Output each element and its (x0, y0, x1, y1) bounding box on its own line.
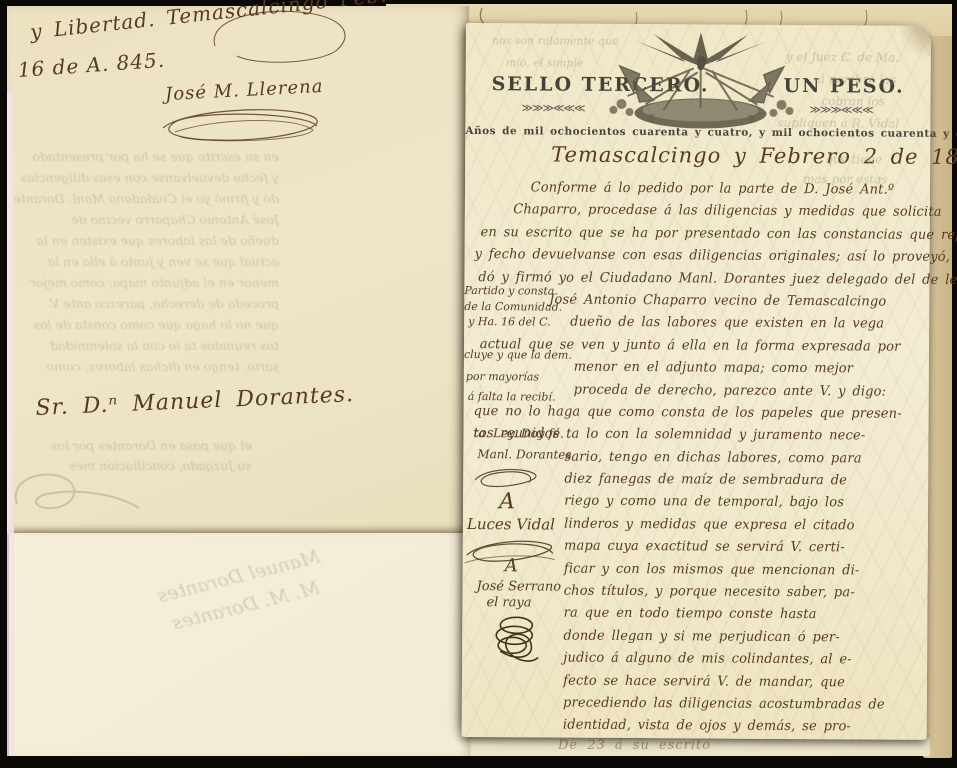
left-heading-line2: 16 de A. 845. (17, 48, 166, 82)
signature-rubric-flourish (155, 102, 330, 148)
bleed-through-line: y fecho devuelvanse con esas diligencias (11, 167, 279, 188)
left-page: y Libertad. Temascalcingo Feb.º 16 de A.… (7, 6, 469, 534)
address-line: Sr. D.ⁿ Manuel Dorantes. (35, 382, 355, 421)
show-through-fragment: y el Juez C. de Ma. (786, 51, 899, 64)
bleed-through-line: dueño de las labores que existen en la (11, 230, 279, 251)
bleed-through-line: que no lo haga que como consta de los (11, 314, 279, 335)
bleed-through-line: dó y firmó yo el Ciudadano Manl. Dorante… (11, 188, 279, 209)
show-through-fragment: supliquen á R. Vidal (777, 117, 899, 130)
show-through-fragment: á nombre los (818, 73, 897, 85)
show-through-fragment: nos son ralamente que (492, 35, 619, 47)
manuscript-photo: y Libertad. Temascalcingo Feb.º 16 de A.… (0, 0, 957, 768)
bottom-text-fragment: De 23 á su escrito (558, 738, 711, 753)
bleed-through-line: en su escrito que se ha por presentado (11, 146, 279, 167)
bleed-through-signature: Manuel Dorantes M. M. Dorantes (154, 542, 330, 641)
ghost-flourish (7, 464, 147, 528)
left-edge-sliver (7, 92, 14, 756)
bleed-through-line: tos reunidos ta lo con la solemnidad (11, 335, 279, 356)
show-through-fragment: mío, el simple (506, 57, 584, 68)
show-through-fragment: cobran los (821, 95, 884, 107)
bleed-through-line: menor en el adjunto mapa; como mejor (11, 272, 279, 293)
bottom-left-sheet: Manuel Dorantes M. M. Dorantes (9, 533, 470, 756)
bleed-through-line: proceda de derecho, parezco ante V. (11, 293, 279, 314)
ink-loop-flourish (197, 6, 357, 78)
bleed-through-text-block: en su escrito que se ha por presentadoy … (11, 146, 279, 377)
bleed-through-line: el que pasa en Dorantes por los (51, 436, 252, 456)
show-through-fragment: mas por estas (803, 173, 887, 186)
bleed-through-line: José Antonio Chaparro vecino de (11, 209, 279, 230)
left-signature: José M. Llerena (165, 76, 324, 105)
right-page: SELLO TERCERO. UN PESO. ≫≫≫≪≪≪ ≫≫≫≪≪≪ (462, 23, 931, 740)
bleed-through-line: sario, tengo en dichas labores, como (11, 356, 279, 377)
show-through-fragments: y el Juez C. de Ma.á nombre loscobran lo… (462, 23, 931, 740)
show-through-fragment: que tiene (825, 153, 882, 165)
bleed-through-line: actual que se ven y junto á ella en la (11, 251, 279, 272)
